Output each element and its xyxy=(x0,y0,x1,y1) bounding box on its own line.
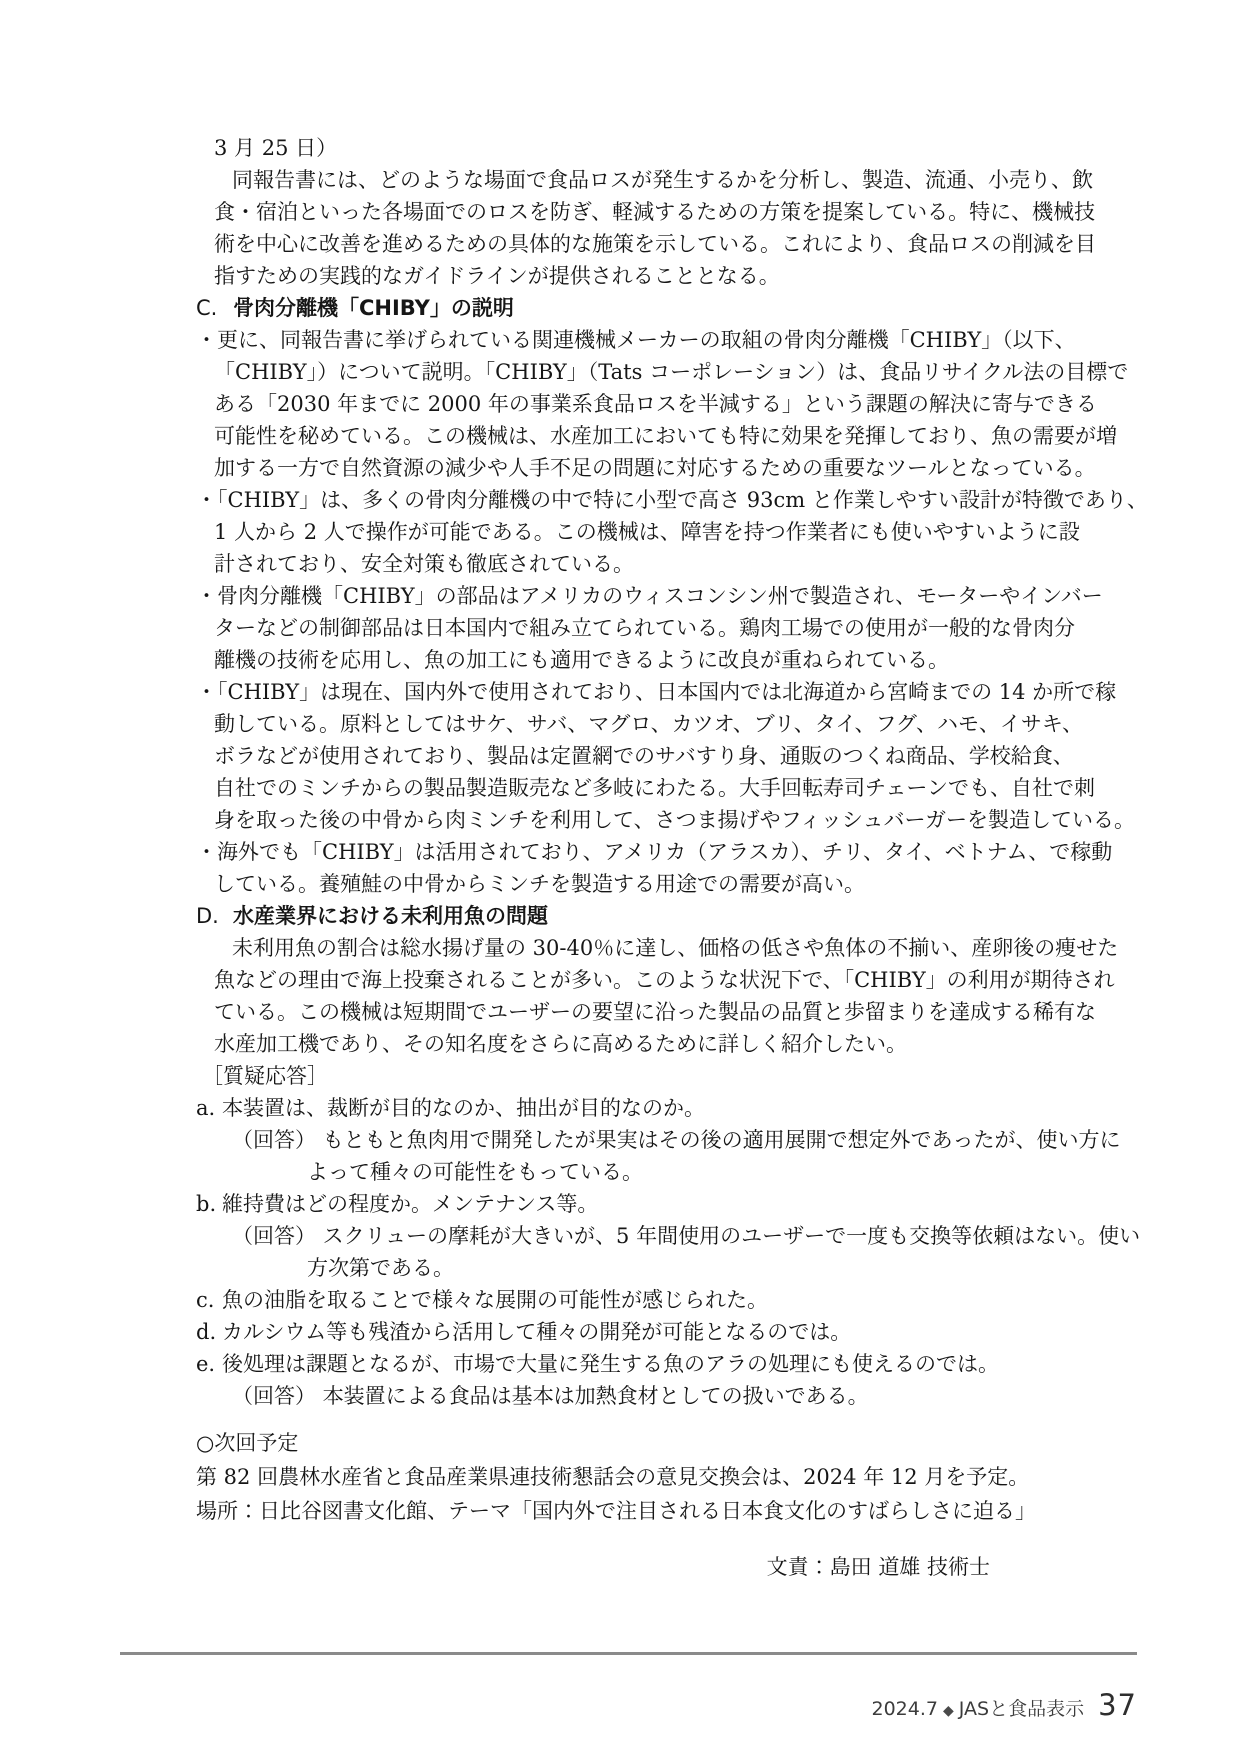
bullet-line: ・更に、同報告書に挙げられている関連機械メーカーの取組の骨肉分離機「CHIBY」… xyxy=(196,324,1116,356)
qa-header: ［質疑応答］ xyxy=(202,1060,1116,1092)
qa-question-a: a. 本装置は、裁断が目的なのか、抽出が目的なのか。 xyxy=(196,1092,1116,1124)
qa-item-label: c. xyxy=(196,1284,222,1316)
qa-question-c: c. 魚の油脂を取ることで様々な展開の可能性が感じられた。 xyxy=(196,1284,1116,1316)
qa-question-text: 本装置は、裁断が目的なのか、抽出が目的なのか。 xyxy=(222,1092,705,1124)
section-d-heading: D. 水産業界における未利用魚の問題 xyxy=(196,900,1116,932)
bullet-line: 計されており、安全対策も徹底されている。 xyxy=(214,548,1116,580)
qa-item-label: d. xyxy=(196,1316,222,1348)
paragraph-line: 同報告書には、どのような場面で食品ロスが発生するかを分析し、製造、流通、小売り、… xyxy=(232,164,1116,196)
paragraph-line: 食・宿泊といった各場面でのロスを防ぎ、軽減するための方策を提案している。特に、機… xyxy=(214,196,1116,228)
signature-line: 文責：島田 道雄 技術士 xyxy=(196,1550,1116,1584)
qa-item-label: e. xyxy=(196,1348,222,1380)
qa-answer-line: （回答） スクリューの摩耗が大きいが、5 年間使用のユーザーで一度も交換等依頼は… xyxy=(232,1220,1116,1252)
vertical-spacer xyxy=(196,1528,1116,1550)
footer-issue-date: 2024.7 xyxy=(872,1698,938,1720)
bullet-line: ある「2030 年までに 2000 年の事業系食品ロスを半減する」という課題の解… xyxy=(214,388,1116,420)
qa-answer-line: （回答） もともと魚肉用で開発したが果実はその後の適用展開で想定外であったが、使… xyxy=(232,1124,1116,1156)
bullet-line: 「CHIBY」）について説明。「CHIBY」（Tats コーポレーション）は、食… xyxy=(214,356,1116,388)
qa-item-label: a. xyxy=(196,1092,222,1124)
bullet-line: 自社でのミンチからの製品製造販売など多岐にわたる。大手回転寿司チェーンでも、自社… xyxy=(214,772,1116,804)
page-footer: 2024.7 ◆ JASと食品表示 37 xyxy=(872,1688,1138,1722)
section-title: 骨肉分離機「CHIBY」の説明 xyxy=(233,292,514,324)
page-number: 37 xyxy=(1098,1688,1137,1722)
bullet-line: ・海外でも「CHIBY」は活用されており、アメリカ（アラスカ）、チリ、タイ、ベト… xyxy=(196,836,1116,868)
qa-question-text: カルシウム等も残渣から活用して種々の開発が可能となるのでは。 xyxy=(222,1316,851,1348)
vertical-spacer xyxy=(196,1412,1116,1426)
next-meeting-line: 場所：日比谷図書文化館、テーマ「国内外で注目される日本食文化のすばらしさに迫る」 xyxy=(196,1494,1116,1528)
qa-question-text: 後処理は課題となるが、市場で大量に発生する魚のアラの処理にも使えるのでは。 xyxy=(222,1348,999,1380)
qa-answer-line: 方次第である。 xyxy=(307,1252,1116,1284)
qa-answer-line: よって種々の可能性をもっている。 xyxy=(307,1156,1116,1188)
qa-question-text: 魚の油脂を取ることで様々な展開の可能性が感じられた。 xyxy=(222,1284,768,1316)
section-c-heading: C. 骨肉分離機「CHIBY」の説明 xyxy=(196,292,1116,324)
paragraph-line: 指すための実践的なガイドラインが提供されることとなる。 xyxy=(214,260,1116,292)
section-label: D. xyxy=(196,900,233,932)
document-body: 3 月 25 日） 同報告書には、どのような場面で食品ロスが発生するかを分析し、… xyxy=(196,132,1116,1584)
qa-question-d: d. カルシウム等も残渣から活用して種々の開発が可能となるのでは。 xyxy=(196,1316,1116,1348)
paragraph-line: 魚などの理由で海上投棄されることが多い。このような状況下で、「CHIBY」の利用… xyxy=(214,964,1116,996)
date-line: 3 月 25 日） xyxy=(214,132,1116,164)
bullet-line: 身を取った後の中骨から肉ミンチを利用して、さつま揚げやフィッシュバーガーを製造し… xyxy=(214,804,1116,836)
paragraph-line: 術を中心に改善を進めるための具体的な施策を示している。これにより、食品ロスの削減… xyxy=(214,228,1116,260)
document-page: 3 月 25 日） 同報告書には、どのような場面で食品ロスが発生するかを分析し、… xyxy=(0,0,1241,1754)
next-meeting-title: ○次回予定 xyxy=(196,1426,1116,1460)
paragraph-line: ている。この機械は短期間でユーザーの要望に沿った製品の品質と歩留まりを達成する稀… xyxy=(214,996,1116,1028)
footer-journal-title: JASと食品表示 xyxy=(959,1694,1084,1721)
paragraph-line: 水産加工機であり、その知名度をさらに高めるために詳しく紹介したい。 xyxy=(214,1028,1116,1060)
qa-question-b: b. 維持費はどの程度か。メンテナンス等。 xyxy=(196,1188,1116,1220)
section-title: 水産業界における未利用魚の問題 xyxy=(233,900,548,932)
qa-answer-line: （回答） 本装置による食品は基本は加熱食材としての扱いである。 xyxy=(232,1380,1116,1412)
bullet-line: ターなどの制御部品は日本国内で組み立てられている。鶏肉工場での使用が一般的な骨肉… xyxy=(214,612,1116,644)
footer-divider xyxy=(120,1652,1137,1655)
bullet-line: ・「CHIBY」は、多くの骨肉分離機の中で特に小型で高さ 93cm と作業しやす… xyxy=(196,484,1116,516)
bullet-line: 可能性を秘めている。この機械は、水産加工においても特に効果を発揮しており、魚の需… xyxy=(214,420,1116,452)
bullet-line: ・骨肉分離機「CHIBY」の部品はアメリカのウィスコンシン州で製造され、モーター… xyxy=(196,580,1116,612)
bullet-line: している。養殖鮭の中骨からミンチを製造する用途での需要が高い。 xyxy=(214,868,1116,900)
section-label: C. xyxy=(196,292,233,324)
next-meeting-block: ○次回予定 第 82 回農林水産省と食品産業県連技術懇話会の意見交換会は、202… xyxy=(196,1426,1116,1528)
bullet-line: ・「CHIBY」は現在、国内外で使用されており、日本国内では北海道から宮崎までの… xyxy=(196,676,1116,708)
diamond-icon: ◆ xyxy=(943,1703,954,1719)
bullet-line: ボラなどが使用されており、製品は定置網でのサバすり身、通販のつくね商品、学校給食… xyxy=(214,740,1116,772)
paragraph-line: 未利用魚の割合は総水揚げ量の 30-40％に達し、価格の低さや魚体の不揃い、産卵… xyxy=(232,932,1116,964)
next-meeting-line: 第 82 回農林水産省と食品産業県連技術懇話会の意見交換会は、2024 年 12… xyxy=(196,1460,1116,1494)
bullet-line: 1 人から 2 人で操作が可能である。この機械は、障害を持つ作業者にも使いやすい… xyxy=(214,516,1116,548)
bullet-line: 動している。原料としてはサケ、サバ、マグロ、カツオ、ブリ、タイ、フグ、ハモ、イサ… xyxy=(214,708,1116,740)
bullet-line: 加する一方で自然資源の減少や人手不足の問題に対応するための重要なツールとなってい… xyxy=(214,452,1116,484)
bullet-line: 離機の技術を応用し、魚の加工にも適用できるように改良が重ねられている。 xyxy=(214,644,1116,676)
qa-question-text: 維持費はどの程度か。メンテナンス等。 xyxy=(222,1188,598,1220)
qa-question-e: e. 後処理は課題となるが、市場で大量に発生する魚のアラの処理にも使えるのでは。 xyxy=(196,1348,1116,1380)
qa-item-label: b. xyxy=(196,1188,222,1220)
